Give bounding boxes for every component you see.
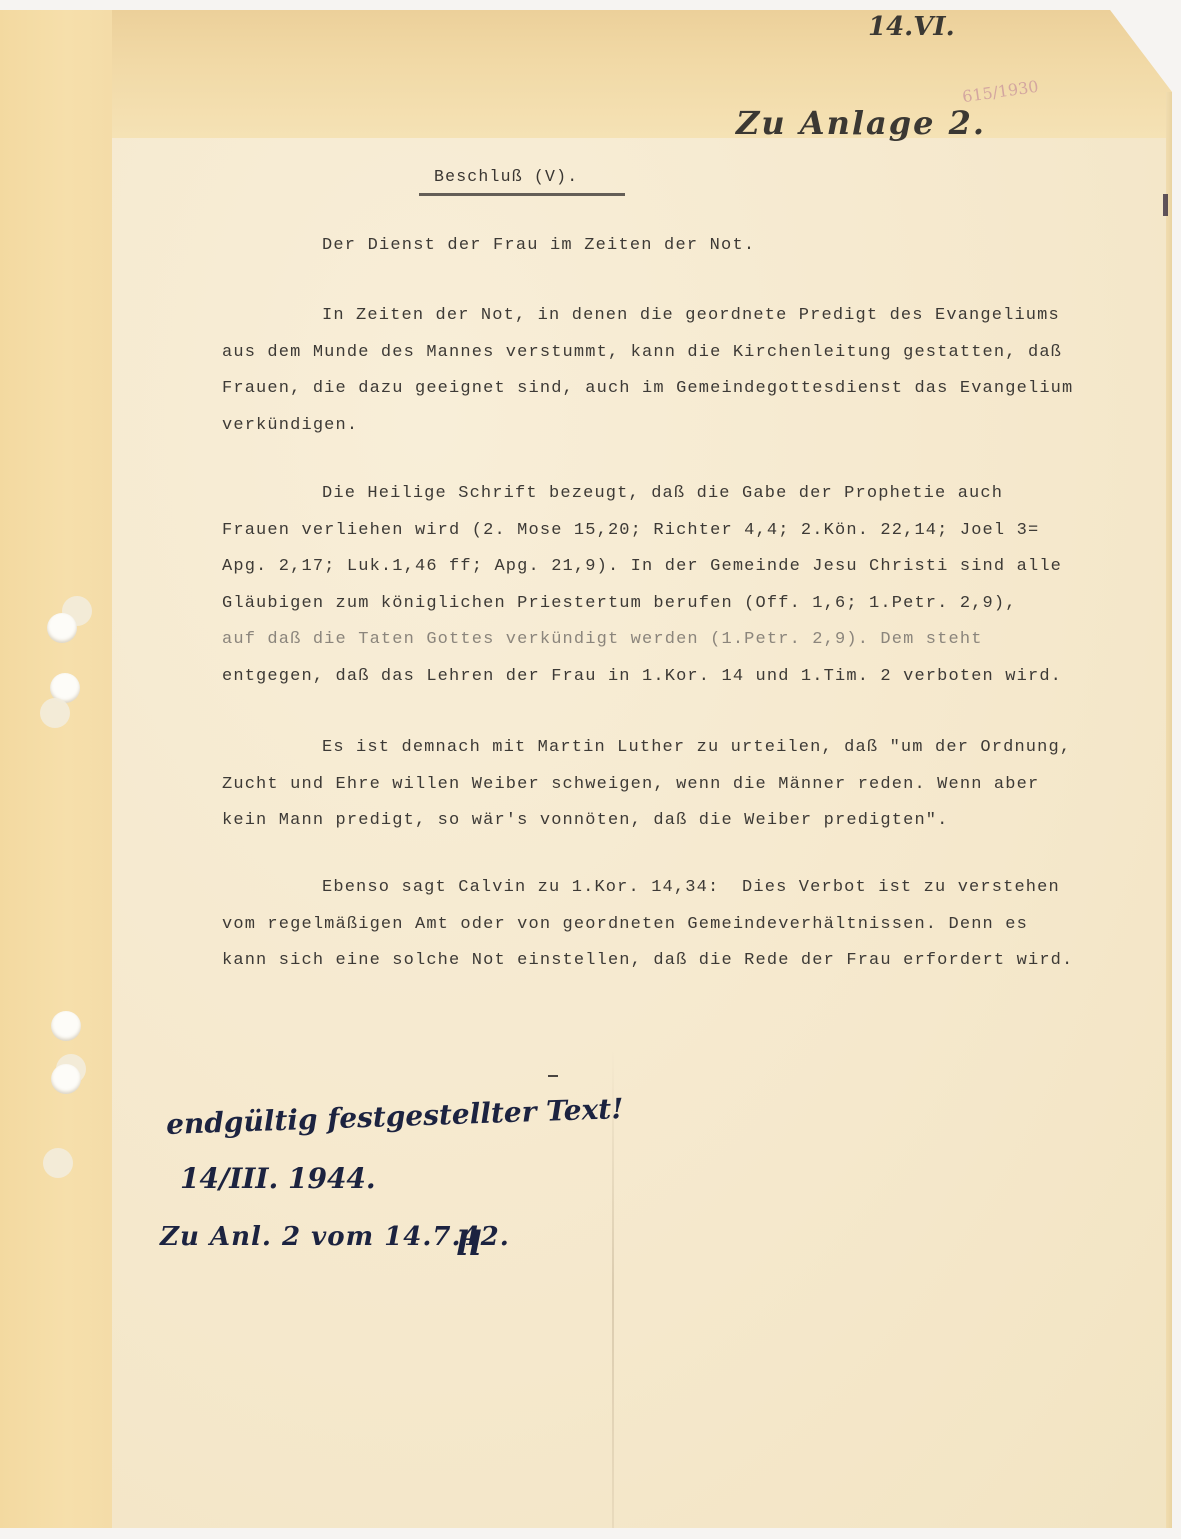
aged-left-margin bbox=[0, 10, 112, 1528]
title-underline bbox=[419, 193, 625, 196]
text-line: kann sich eine solche Not einstellen, da… bbox=[222, 943, 1172, 980]
paragraph-2: Die Heilige Schrift bezeugt, daß die Gab… bbox=[222, 476, 1172, 695]
text-line: verkündigen. bbox=[222, 408, 1172, 445]
ink-note-date: 14/III. 1944. bbox=[180, 1162, 376, 1195]
pencil-date-annotation: 14.VI. bbox=[868, 12, 955, 42]
punch-hole-shadow bbox=[43, 1148, 73, 1178]
text-line: Die Heilige Schrift bezeugt, daß die Gab… bbox=[222, 476, 1172, 513]
text-line: entgegen, daß das Lehren der Frau in 1.K… bbox=[222, 659, 1172, 696]
document-title: Beschluß (V). bbox=[434, 158, 578, 196]
aged-top-margin bbox=[0, 10, 1172, 138]
punch-hole bbox=[51, 1011, 81, 1041]
punch-hole bbox=[51, 1064, 81, 1094]
text-line: Apg. 2,17; Luk.1,46 ff; Apg. 21,9). In d… bbox=[222, 549, 1172, 586]
text-line: Es ist demnach mit Martin Luther zu urte… bbox=[222, 730, 1172, 767]
punch-hole bbox=[47, 613, 77, 643]
text-line: Gläubigen zum königlichen Priestertum be… bbox=[222, 586, 1172, 623]
text-line: Ebenso sagt Calvin zu 1.Kor. 14,34: Dies… bbox=[222, 870, 1172, 907]
text-line: aus dem Munde des Mannes verstummt, kann… bbox=[222, 335, 1172, 372]
paragraph-1: In Zeiten der Not, in denen die geordnet… bbox=[222, 298, 1172, 444]
ink-initials: ll bbox=[456, 1224, 482, 1264]
text-line: vom regelmäßigen Amt oder von geordneten… bbox=[222, 907, 1172, 944]
typed-dash-mark bbox=[548, 1075, 558, 1077]
text-line-faded: auf daß die Taten Gottes verkündigt werd… bbox=[222, 622, 1172, 659]
text-line: In Zeiten der Not, in denen die geordnet… bbox=[222, 298, 1172, 335]
text-line: Zucht und Ehre willen Weiber schweigen, … bbox=[222, 767, 1172, 804]
ink-edge-mark bbox=[1163, 194, 1168, 216]
punch-hole-shadow bbox=[40, 698, 70, 728]
pencil-attachment-note: Zu Anlage 2. bbox=[736, 104, 986, 142]
text-line: kein Mann predigt, so wär's vonnöten, da… bbox=[222, 803, 1172, 840]
text-line: Frauen verliehen wird (2. Mose 15,20; Ri… bbox=[222, 513, 1172, 550]
paragraph-4: Ebenso sagt Calvin zu 1.Kor. 14,34: Dies… bbox=[222, 870, 1172, 980]
document-subtitle: Der Dienst der Frau im Zeiten der Not. bbox=[322, 227, 755, 265]
text-line: Frauen, die dazu geeignet sind, auch im … bbox=[222, 371, 1172, 408]
paragraph-3: Es ist demnach mit Martin Luther zu urte… bbox=[222, 730, 1172, 840]
